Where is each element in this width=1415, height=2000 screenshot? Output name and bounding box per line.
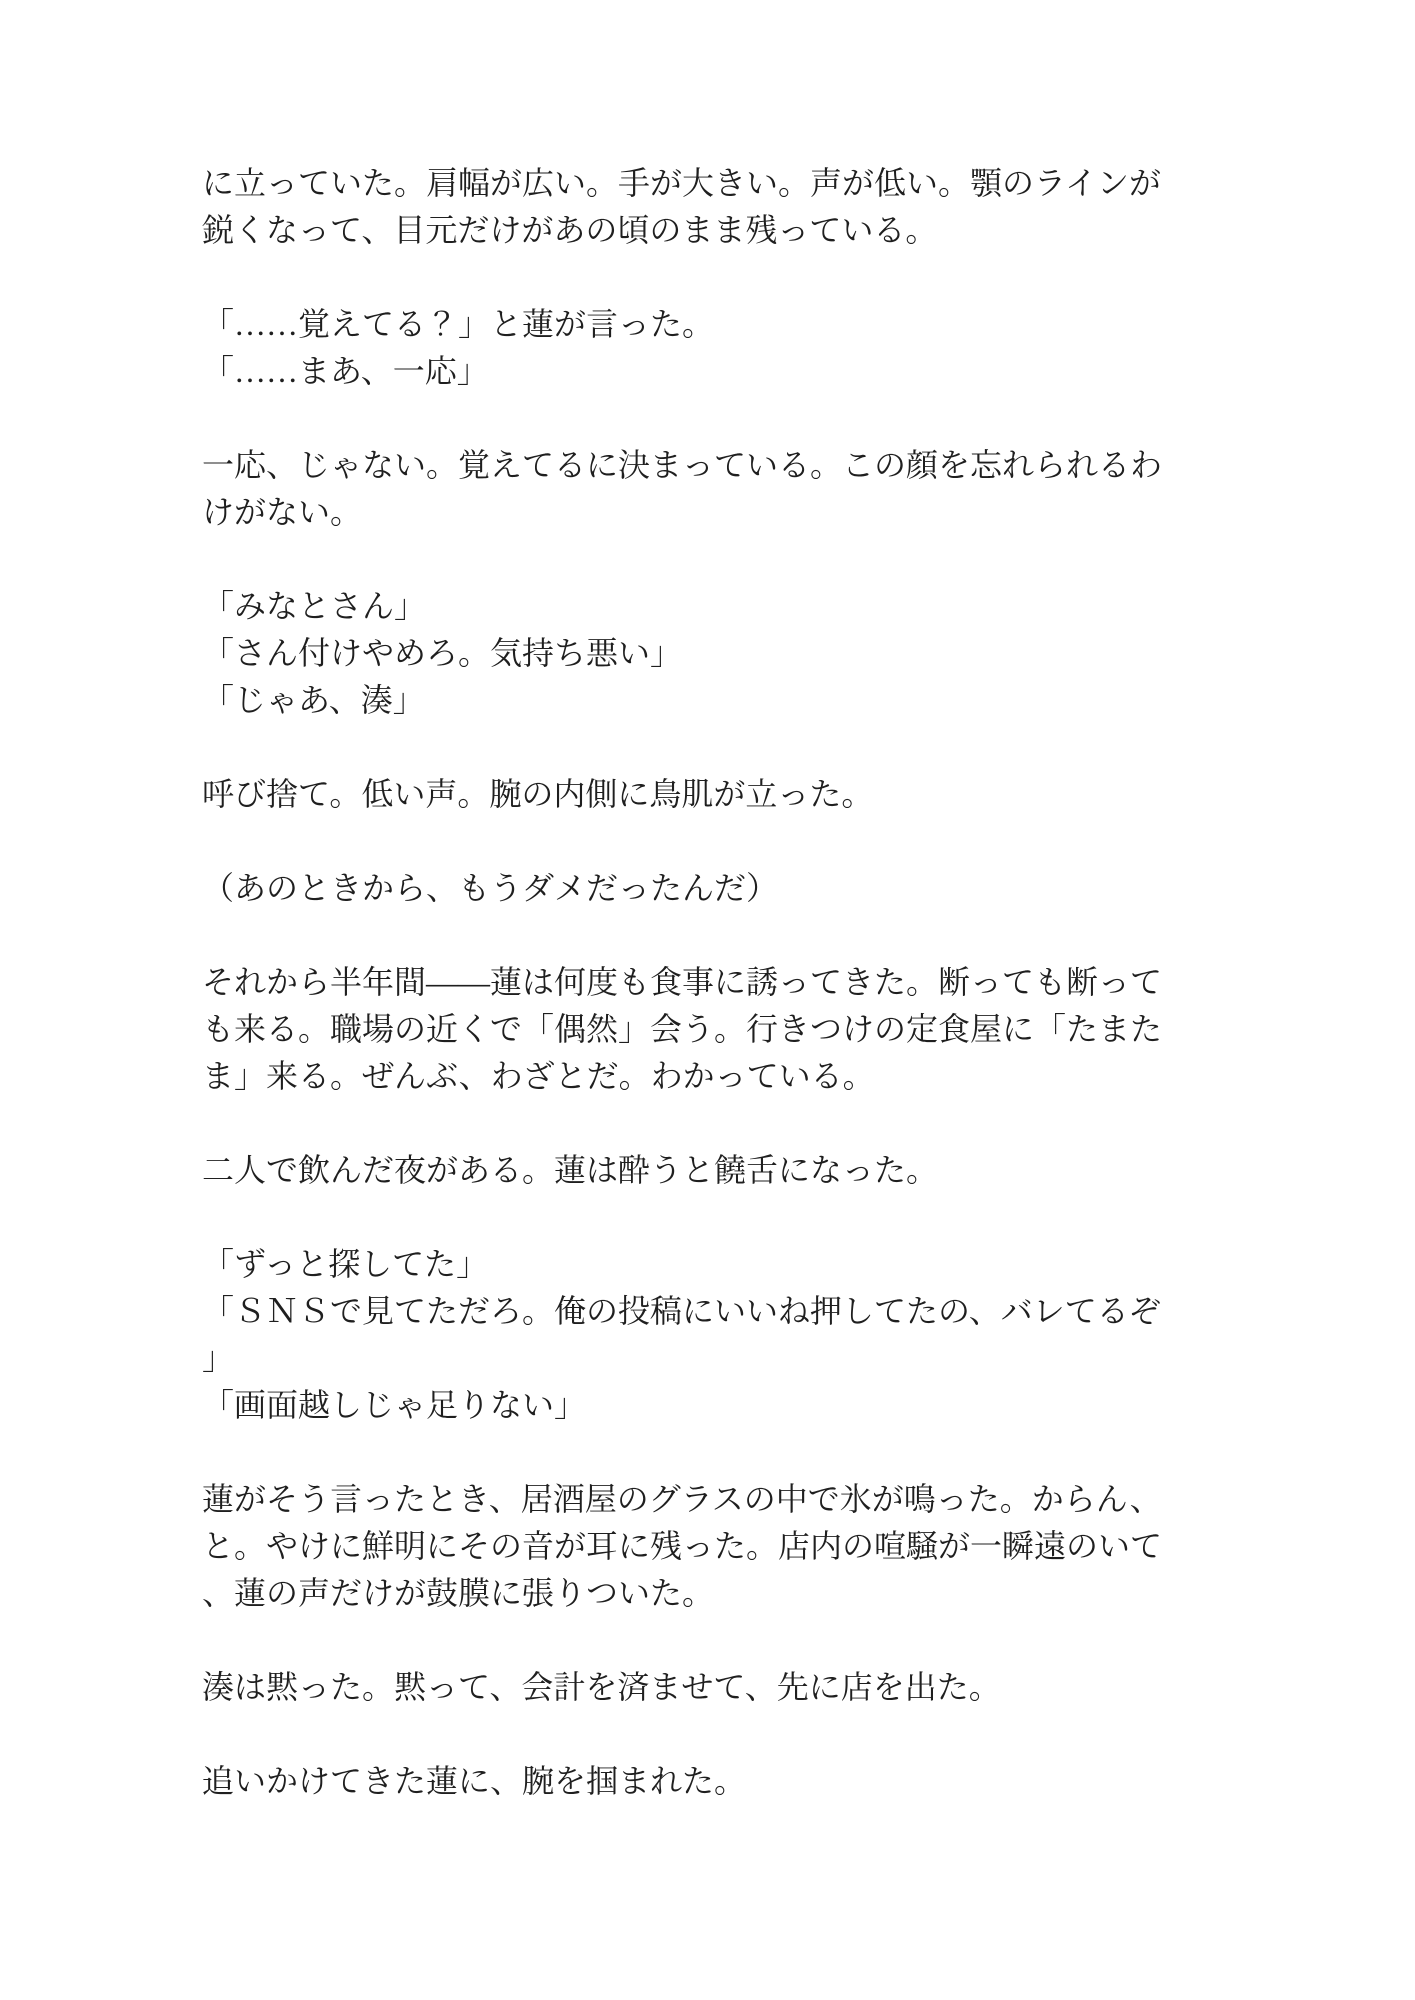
text-line: 「さん付けやめろ。気持ち悪い」 xyxy=(202,630,1202,677)
paragraph: 「ずっと探してた」「ＳＮＳで見てただろ。俺の投稿にいいね押してたの、バレてるぞ」… xyxy=(202,1241,1202,1429)
paragraph: に立っていた。肩幅が広い。手が大きい。声が低い。顎のラインが鋭くなって、目元だけ… xyxy=(202,160,1202,254)
paragraph: （あのときから、もうダメだったんだ） xyxy=(202,865,1202,912)
text-block: に立っていた。肩幅が広い。手が大きい。声が低い。顎のラインが鋭くなって、目元だけ… xyxy=(202,160,1202,1852)
paragraph: 呼び捨て。低い声。腕の内側に鳥肌が立った。 xyxy=(202,771,1202,818)
text-line: 「画面越しじゃ足りない」 xyxy=(202,1382,1202,1429)
text-line: ま」来る。ぜんぶ、わざとだ。わかっている。 xyxy=(202,1053,1202,1100)
text-line: 追いかけてきた蓮に、腕を掴まれた。 xyxy=(202,1758,1202,1805)
text-line: 二人で飲んだ夜がある。蓮は酔うと饒舌になった。 xyxy=(202,1147,1202,1194)
text-line: と。やけに鮮明にその音が耳に残った。店内の喧騒が一瞬遠のいて xyxy=(202,1523,1202,1570)
document-page: に立っていた。肩幅が広い。手が大きい。声が低い。顎のラインが鋭くなって、目元だけ… xyxy=(0,0,1415,2000)
text-line: 鋭くなって、目元だけがあの頃のまま残っている。 xyxy=(202,207,1202,254)
text-line: 「ＳＮＳで見てただろ。俺の投稿にいいね押してたの、バレてるぞ xyxy=(202,1288,1202,1335)
text-line: に立っていた。肩幅が広い。手が大きい。声が低い。顎のラインが xyxy=(202,160,1202,207)
paragraph: 追いかけてきた蓮に、腕を掴まれた。 xyxy=(202,1758,1202,1805)
text-line: 「ずっと探してた」 xyxy=(202,1241,1202,1288)
paragraph: 湊は黙った。黙って、会計を済ませて、先に店を出た。 xyxy=(202,1664,1202,1711)
text-line: 一応、じゃない。覚えてるに決まっている。この顔を忘れられるわ xyxy=(202,442,1202,489)
text-line: 」 xyxy=(202,1335,1202,1382)
text-line: 蓮がそう言ったとき、居酒屋のグラスの中で氷が鳴った。からん、 xyxy=(202,1476,1202,1523)
text-line: 湊は黙った。黙って、会計を済ませて、先に店を出た。 xyxy=(202,1664,1202,1711)
text-line: （あのときから、もうダメだったんだ） xyxy=(202,865,1202,912)
text-line: 「じゃあ、湊」 xyxy=(202,677,1202,724)
paragraph: それから半年間——蓮は何度も食事に誘ってきた。断っても断っても来る。職場の近くで… xyxy=(202,959,1202,1100)
text-line: も来る。職場の近くで「偶然」会う。行きつけの定食屋に「たまた xyxy=(202,1006,1202,1053)
text-line: 「……まあ、一応」 xyxy=(202,348,1202,395)
text-line: 呼び捨て。低い声。腕の内側に鳥肌が立った。 xyxy=(202,771,1202,818)
text-line: 「みなとさん」 xyxy=(202,583,1202,630)
text-line: 「……覚えてる？」と蓮が言った。 xyxy=(202,301,1202,348)
paragraph: 「みなとさん」「さん付けやめろ。気持ち悪い」「じゃあ、湊」 xyxy=(202,583,1202,724)
paragraph: 一応、じゃない。覚えてるに決まっている。この顔を忘れられるわけがない。 xyxy=(202,442,1202,536)
text-line: 、蓮の声だけが鼓膜に張りついた。 xyxy=(202,1570,1202,1617)
text-line: けがない。 xyxy=(202,489,1202,536)
paragraph: 「……覚えてる？」と蓮が言った。「……まあ、一応」 xyxy=(202,301,1202,395)
paragraph: 蓮がそう言ったとき、居酒屋のグラスの中で氷が鳴った。からん、と。やけに鮮明にその… xyxy=(202,1476,1202,1617)
text-line: それから半年間——蓮は何度も食事に誘ってきた。断っても断って xyxy=(202,959,1202,1006)
paragraph: 二人で飲んだ夜がある。蓮は酔うと饒舌になった。 xyxy=(202,1147,1202,1194)
